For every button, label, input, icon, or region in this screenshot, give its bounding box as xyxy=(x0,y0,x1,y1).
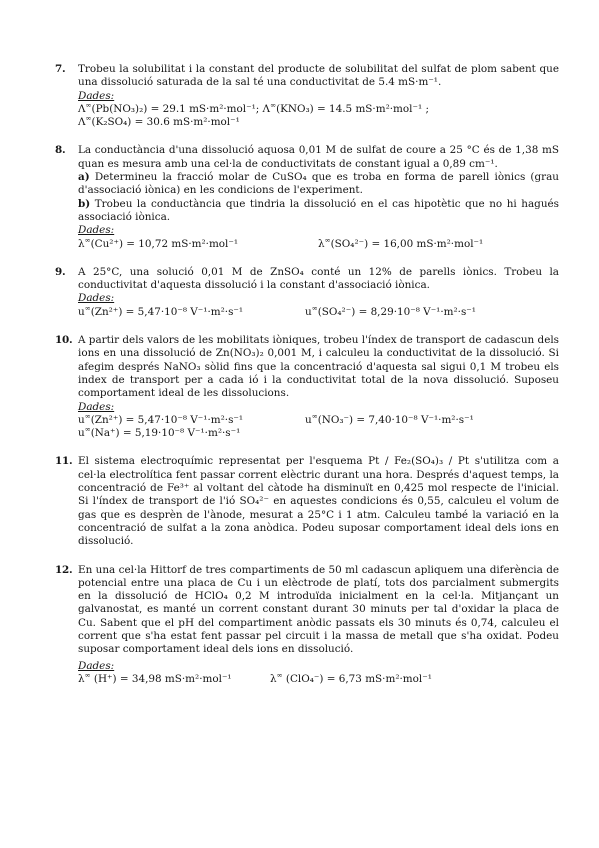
dades-row: Λ∞(K₂SO₄) = 30.6 mS·m²·mol⁻¹ xyxy=(78,116,559,129)
problem-text: A partir dels valors de les mobilitats i… xyxy=(78,334,559,400)
problem-12: 12. En una cel·la Hittorf de tres compar… xyxy=(55,564,559,687)
dades-label: Dades: xyxy=(78,660,559,673)
problem-11: 11. El sistema electroquímic representat… xyxy=(55,455,559,548)
problem-8: 8. La conductància d'una dissolució aquo… xyxy=(55,144,559,250)
problem-7: 7. Trobeu la solubilitat i la constant d… xyxy=(55,63,559,129)
dades-row: u∞(Na⁺) = 5,19·10⁻⁸ V⁻¹·m²·s⁻¹ xyxy=(78,427,559,440)
problem-number: 9. xyxy=(55,266,78,319)
problem-number: 8. xyxy=(55,144,78,250)
dades-row: λ∞ (H⁺) = 34,98 mS·m²·mol⁻¹λ∞ (ClO₄⁻) = … xyxy=(78,673,559,686)
data-item: u∞(Zn²⁺) = 5,47·10⁻⁸ V⁻¹·m²·s⁻¹ xyxy=(78,306,305,319)
dades-label: Dades: xyxy=(78,401,559,414)
part-letter: a) xyxy=(78,171,90,183)
data-item: u∞(Zn²⁺) = 5,47·10⁻⁸ V⁻¹·m²·s⁻¹ xyxy=(78,414,305,427)
data-item: λ∞ (H⁺) = 34,98 mS·m²·mol⁻¹ xyxy=(78,673,270,686)
problem-text: El sistema electroquímic representat per… xyxy=(78,455,559,548)
dades-row: λ∞(Cu²⁺) = 10,72 mS·m²·mol⁻¹λ∞(SO₄²⁻) = … xyxy=(78,238,559,251)
data-item: λ∞(Cu²⁺) = 10,72 mS·m²·mol⁻¹ xyxy=(78,238,318,251)
problem-text: Trobeu la solubilitat i la constant del … xyxy=(78,63,559,90)
problem-number: 10. xyxy=(55,334,78,440)
data-item: u∞(NO₃⁻) = 7,40·10⁻⁸ V⁻¹·m²·s⁻¹ xyxy=(305,414,474,427)
problem-number: 11. xyxy=(55,455,78,548)
dades-label: Dades: xyxy=(78,292,559,305)
data-item: Λ∞(KNO₃) = 14.5 mS·m²·mol⁻¹ ; xyxy=(263,103,429,115)
problem-part-b: b) Trobeu la conductància que tindria la… xyxy=(78,198,559,225)
problem-9: 9. A 25°C, una solució 0,01 M de ZnSO₄ c… xyxy=(55,266,559,319)
problem-text: A 25°C, una solució 0,01 M de ZnSO₄ cont… xyxy=(78,266,559,293)
data-item: Λ∞(Pb(NO₃)₂) = 29.1 mS·m²·mol⁻¹; xyxy=(78,103,263,115)
problem-10: 10. A partir dels valors de les mobilita… xyxy=(55,334,559,440)
document-page: 7. Trobeu la solubilitat i la constant d… xyxy=(0,0,599,686)
data-item: u∞(Na⁺) = 5,19·10⁻⁸ V⁻¹·m²·s⁻¹ xyxy=(78,427,240,439)
part-letter: b) xyxy=(78,198,90,210)
problem-text: La conductància d'una dissolució aquosa … xyxy=(78,144,559,171)
data-item: λ∞ (ClO₄⁻) = 6,73 mS·m²·mol⁻¹ xyxy=(270,673,432,686)
problem-number: 7. xyxy=(55,63,78,129)
dades-row: Λ∞(Pb(NO₃)₂) = 29.1 mS·m²·mol⁻¹; Λ∞(KNO₃… xyxy=(78,103,559,116)
dades-row: u∞(Zn²⁺) = 5,47·10⁻⁸ V⁻¹·m²·s⁻¹u∞(SO₄²⁻)… xyxy=(78,306,559,319)
problem-part-a: a) Determineu la fracció molar de CuSO₄ … xyxy=(78,171,559,198)
problem-number: 12. xyxy=(55,564,78,687)
problem-text: En una cel·la Hittorf de tres compartime… xyxy=(78,564,559,657)
dades-row: u∞(Zn²⁺) = 5,47·10⁻⁸ V⁻¹·m²·s⁻¹u∞(NO₃⁻) … xyxy=(78,414,559,427)
data-item: u∞(SO₄²⁻) = 8,29·10⁻⁸ V⁻¹·m²·s⁻¹ xyxy=(305,306,476,319)
dades-label: Dades: xyxy=(78,224,559,237)
dades-label: Dades: xyxy=(78,90,559,103)
data-item: λ∞(SO₄²⁻) = 16,00 mS·m²·mol⁻¹ xyxy=(318,238,483,251)
data-item: Λ∞(K₂SO₄) = 30.6 mS·m²·mol⁻¹ xyxy=(78,116,240,128)
